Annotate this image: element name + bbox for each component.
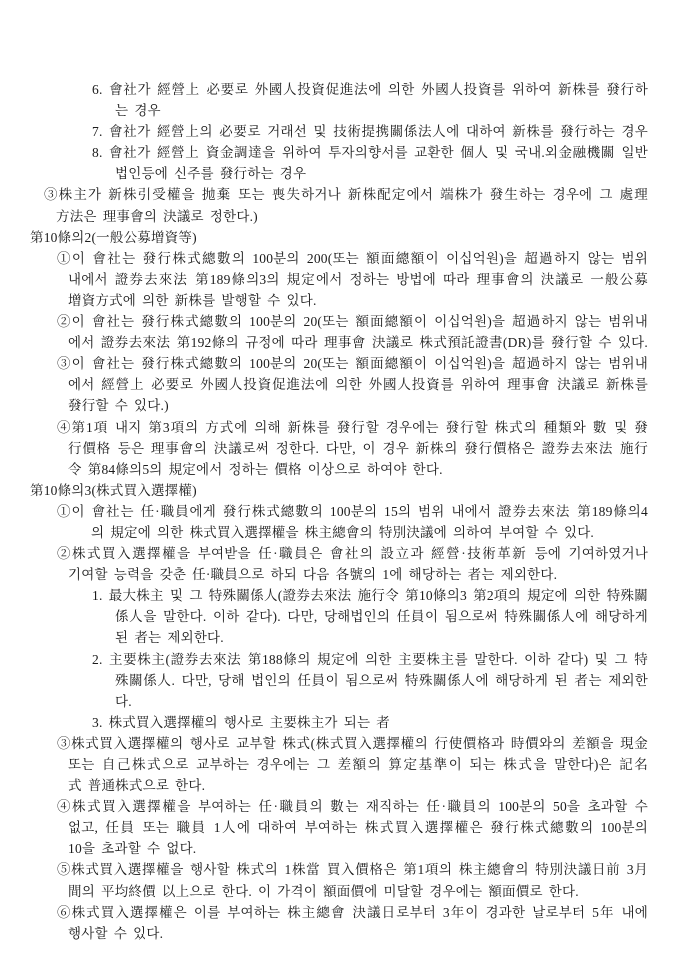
text-line: ③이 會社는 發行株式總數의 100분의 20(또는 額面總額이 이십억원)을 … bbox=[30, 353, 648, 374]
text-line: 3. 株式買入選擇權의 행사로 主要株主가 되는 者 bbox=[30, 712, 648, 733]
text-line: 增資方式에 의한 新株를 발행할 수 있다. bbox=[30, 290, 648, 311]
text-line: 에서 證券去來法 第192條의 규정에 따라 理事會 決議로 株式預託證書(DR… bbox=[30, 332, 648, 353]
text-line: ①이 會社는 任·職員에게 發行株式總數의 100분의 15의 범위 내에서 證… bbox=[30, 501, 648, 522]
text-line: ④第1項 내지 第3項의 方式에 의해 新株를 發行할 경우에는 發行할 株式의… bbox=[30, 417, 648, 438]
text-line: 方法은 理事會의 決議로 정한다.) bbox=[30, 206, 648, 227]
text-line: 行價格 등은 理事會의 決議로써 정한다. 다만, 이 경우 新株의 發行價格은… bbox=[30, 438, 648, 459]
text-line: 殊關係人. 다만, 당해 법인의 任員이 됨으로써 特殊關係人에 해당하게 된 … bbox=[30, 670, 648, 712]
text-line: 7. 會社가 經營上의 必要로 거래선 및 技術提携關係法人에 대하여 新株를 … bbox=[30, 121, 648, 142]
text-line: 係人을 말한다. 이하 같다). 다만, 당해법인의 任員이 됨으로써 特殊關係… bbox=[30, 606, 648, 627]
text-line: ⑥株式買入選擇權은 이를 부여하는 株主總會 決議日로부터 3年이 경과한 날로… bbox=[30, 902, 648, 923]
document-page: 6. 會社가 經營上 必要로 外國人投資促進法에 의한 外國人投資를 위하여 新… bbox=[0, 0, 680, 962]
text-line: ④株式買入選擇權을 부여하는 任·職員의 數는 재직하는 任·職員의 100분의… bbox=[30, 796, 648, 817]
text-line: ③株式買入選擇權의 행사로 교부할 株式(株式買入選擇權의 行使價格과 時價와의… bbox=[30, 733, 648, 754]
text-line: 2. 主要株主(證券去來法 第188條의 規定에 의한 主要株主를 말한다. 이… bbox=[30, 649, 648, 670]
text-line: ①이 會社는 發行株式總數의 100분의 200(또는 額面總額이 이십억원)을… bbox=[30, 248, 648, 269]
text-line: 1. 最大株主 및 그 特殊關係人(證券去來法 施行令 第10條의3 第2項의 … bbox=[30, 585, 648, 606]
text-line: 법인등에 신주를 發行하는 경우 bbox=[30, 163, 648, 184]
text-line: 8. 會社가 經營上 資金調達을 위하여 투자의향서를 교환한 個人 및 국내.… bbox=[30, 142, 648, 163]
text-line: 發行할 수 있다.) bbox=[30, 395, 648, 416]
text-line: 행사할 수 있다. bbox=[30, 923, 648, 944]
text-line: 間의 平均終價 以上으로 한다. 이 가격이 額面價에 미달할 경우에는 額面價… bbox=[30, 881, 648, 902]
text-line: 또는 自己株式으로 교부하는 경우에는 그 差額의 算定基準이 되는 株式을 말… bbox=[30, 754, 648, 775]
text-line: 6. 會社가 經營上 必要로 外國人投資促進法에 의한 外國人投資를 위하여 新… bbox=[30, 79, 648, 100]
text-line: ②이 會社는 發行株式總數의 100분의 20(또는 額面總額이 이십억원)을 … bbox=[30, 311, 648, 332]
text-line: 第10條의2(一般公募增資等) bbox=[30, 227, 648, 248]
document-body: 6. 會社가 經營上 必要로 外國人投資促進法에 의한 外國人投資를 위하여 新… bbox=[30, 79, 648, 944]
text-line: 의 規定에 의한 株式買入選擇權을 株主總會의 特別決議에 의하여 부여할 수 … bbox=[30, 522, 648, 543]
text-line: 第10條의3(株式買入選擇權) bbox=[30, 480, 648, 501]
text-line: ⑤株式買入選擇權을 행사할 株式의 1株當 買入價格은 第1項의 株主總會의 特… bbox=[30, 859, 648, 880]
text-line: 는 경우 bbox=[30, 100, 648, 121]
text-line: 내에서 證券去來法 第189條의3의 規定에서 정하는 방법에 따라 理事會의 … bbox=[30, 269, 648, 290]
text-line: ②株式買入選擇權을 부여받을 任·職員은 會社의 設立과 經營·技術革新 등에 … bbox=[30, 543, 648, 564]
text-line: 기여할 능력을 갖춘 任·職員으로 하되 다음 各號의 1에 해당하는 者는 제… bbox=[30, 564, 648, 585]
text-line: 에서 經營上 必要로 外國人投資促進法에 의한 外國人投資를 위하여 理事會 決… bbox=[30, 374, 648, 395]
text-line: 없고, 任員 또는 職員 1人에 대하여 부여하는 株式買入選擇權은 發行株式總… bbox=[30, 817, 648, 838]
text-line: 된 者는 제외한다. bbox=[30, 627, 648, 648]
text-line: 10을 초과할 수 없다. bbox=[30, 838, 648, 859]
text-line: 令 第84條의5의 規定에서 정하는 價格 이상으로 하여야 한다. bbox=[30, 459, 648, 480]
text-line: ③株主가 新株引受權을 抛棄 또는 喪失하거나 新株配定에서 端株가 發生하는 … bbox=[30, 184, 648, 205]
text-line: 式 普通株式으로 한다. bbox=[30, 775, 648, 796]
